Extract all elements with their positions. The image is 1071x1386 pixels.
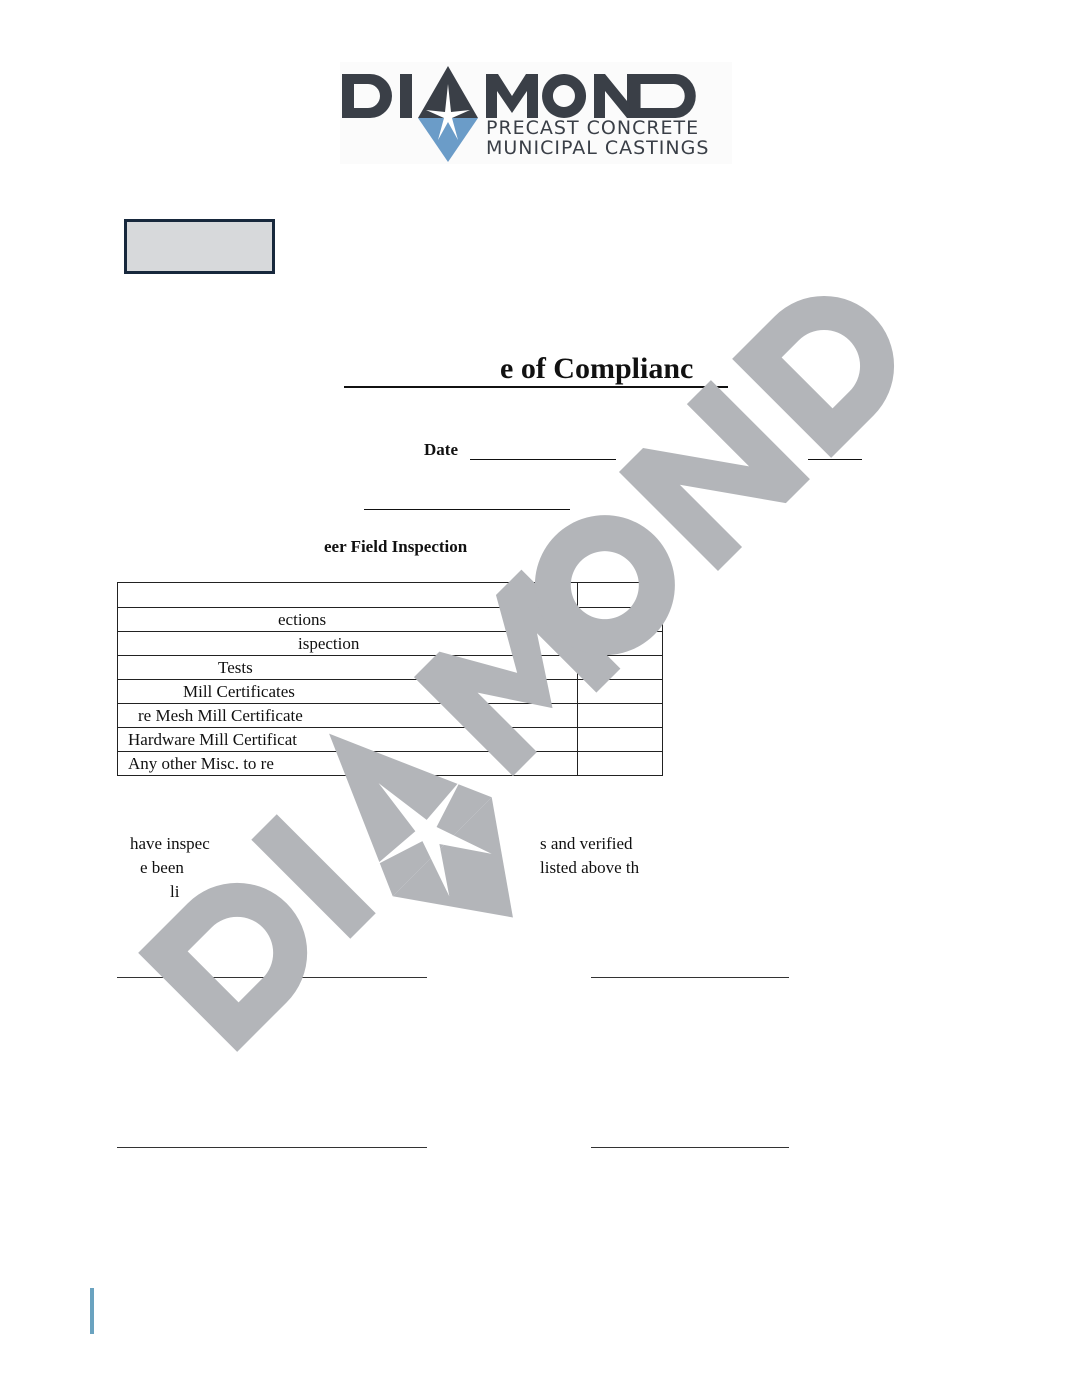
statement-line3-left: li [170, 880, 179, 904]
header-cell-item [118, 583, 578, 608]
checklist-item-value[interactable] [578, 680, 663, 704]
logo-tagline-2: MUNICIPAL CASTINGS [486, 138, 709, 158]
company-logo: PRECAST CONCRETE MUNICIPAL CASTINGS [340, 62, 732, 164]
checklist-item-value[interactable] [578, 632, 663, 656]
checklist-item-value[interactable] [578, 752, 663, 776]
date-line-1 [591, 977, 789, 978]
stamp-box [124, 219, 275, 274]
checklist-item-label: ections [118, 608, 578, 632]
table-row: Tests [118, 656, 663, 680]
checklist-item-value[interactable] [578, 656, 663, 680]
signature-field-1[interactable] [117, 955, 427, 977]
statement-line2-left: e been [140, 856, 184, 880]
logo-tagline-1: PRECAST CONCRETE [486, 118, 699, 138]
table-row: re Mesh Mill Certificate [118, 704, 663, 728]
statement-line2-right: listed above th [540, 856, 639, 880]
project-field[interactable] [364, 486, 570, 508]
table-row: Hardware Mill Certificat [118, 728, 663, 752]
date-field[interactable] [470, 436, 616, 458]
checklist-item-label: Hardware Mill Certificat [118, 728, 578, 752]
checklist-item-value[interactable] [578, 704, 663, 728]
checklist-item-label: Any other Misc. to re [118, 752, 578, 776]
checklist-item-label: ispection [118, 632, 578, 656]
page-marker [90, 1288, 94, 1334]
table-row: Any other Misc. to re [118, 752, 663, 776]
date-label: Date [424, 440, 458, 460]
header-cell-check [578, 583, 663, 608]
checklist-item-value[interactable] [578, 728, 663, 752]
statement-line1-left: have inspec [130, 832, 210, 856]
checklist-item-label: re Mesh Mill Certificate [118, 704, 578, 728]
signature-field-2[interactable] [117, 1125, 427, 1147]
signature-line-1 [117, 977, 427, 978]
project-underline [364, 509, 570, 510]
table-row: ections [118, 608, 663, 632]
checklist-item-value[interactable] [578, 608, 663, 632]
document-title: e of Complianc [500, 352, 693, 386]
date-field-1[interactable] [591, 955, 789, 977]
inspection-checklist: ectionsispectionTestsMill Certificatesre… [117, 582, 663, 776]
checklist-item-label: Mill Certificates [118, 680, 578, 704]
date-line-2 [591, 1147, 789, 1148]
table-row: ispection [118, 632, 663, 656]
right-field-underline [808, 459, 862, 460]
title-underline [344, 386, 728, 388]
section-heading: eer Field Inspection [324, 537, 467, 557]
date-underline [470, 459, 616, 460]
checklist-item-label: Tests [118, 656, 578, 680]
signature-line-2 [117, 1147, 427, 1148]
statement-line1-right: s and verified [540, 832, 633, 856]
table-row: Mill Certificates [118, 680, 663, 704]
table-header-row [118, 583, 663, 608]
date-field-2[interactable] [591, 1125, 789, 1147]
